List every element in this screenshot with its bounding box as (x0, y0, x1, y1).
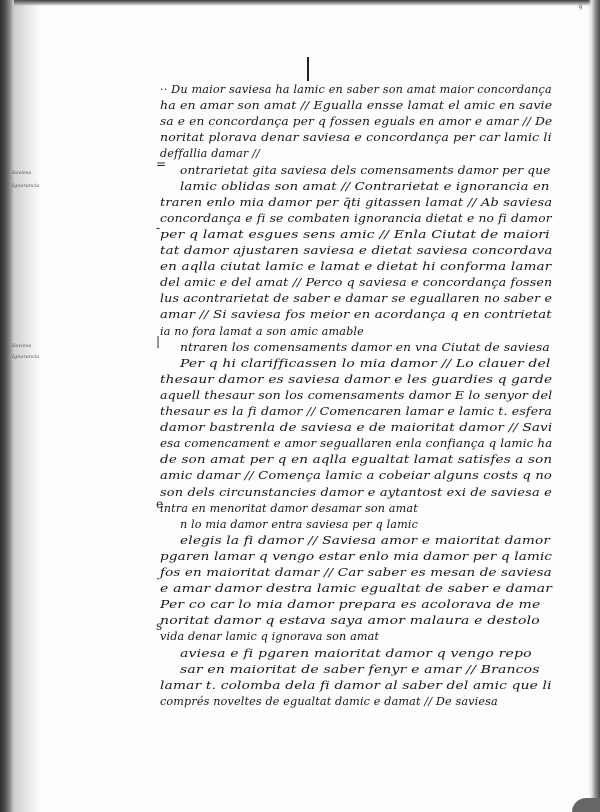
manuscript-line: intra en menoritat damor desamar son ama… (160, 502, 418, 515)
manuscript-line: amic damar // Comença lamic a cobeiar al… (160, 469, 552, 482)
margin-annotation: Ignorancia (12, 354, 39, 360)
manuscript-line: deffallia damar // (160, 147, 260, 160)
manuscript-line: de son amat per q en aqlla egualtat lama… (160, 453, 552, 466)
folio-mark: ꝯ (578, 2, 582, 10)
manuscript-line: elegis la fi damor // Saviesa amor e mai… (180, 534, 550, 547)
manuscript-line: thesaur es la fi damor // Comencaren lam… (160, 405, 552, 418)
page-corner (572, 798, 600, 812)
manuscript-line: ia no fora lamat a son amic amable (160, 325, 364, 338)
page-top-edge (0, 0, 600, 6)
manuscript-line: noritat damor q estava saya amor malaura… (160, 614, 540, 627)
manuscript-line: en aqlla ciutat lamic e lamat e dietat h… (160, 260, 551, 273)
manuscript-line: comprés noveltes de egualtat damic e dam… (160, 695, 498, 708)
margin-annotation: Saviesa (12, 343, 31, 349)
manuscript-line: damor bastrenla de saviesa e de maiorita… (160, 421, 552, 434)
manuscript-line: fos en maioritat damar // Car saber es m… (160, 566, 552, 579)
page-right-edge (588, 0, 600, 812)
manuscript-line: pgaren lamar q vengo estar enlo mia damo… (160, 550, 552, 563)
manuscript-line: aviesa e fi pgaren maioritat damor q ven… (180, 647, 532, 660)
manuscript-line: Per q hi clarifficassen lo mia damor // … (180, 357, 551, 370)
manuscript-line: ntraren los comensaments damor en vna Ci… (180, 341, 550, 354)
ruling-mark (307, 57, 309, 81)
manuscript-line: thesaur damor es saviesa damor e les gua… (160, 373, 552, 386)
manuscript-line: sar en maioritat de saber fenyr e amar /… (180, 663, 540, 676)
margin-annotation: Saviesa (12, 170, 31, 176)
manuscript-line: concordança e fi se combaten ignorancia … (160, 212, 552, 225)
manuscript-line: tat damor ajustaren saviesa e dietat sav… (160, 244, 553, 257)
manuscript-line: lamar t. colomba dela fi damor al saber … (160, 679, 552, 692)
manuscript-line: son dels circunstancies damor e aytantos… (160, 486, 552, 499)
manuscript-line: ha en amar son amat // Egualla ensse lam… (160, 99, 552, 112)
manuscript-line: amar // Si saviesa fos meior en acordanç… (160, 308, 552, 321)
manuscript-line: e amar damor destra lamic egualtat de sa… (160, 582, 552, 595)
manuscript-line: traren enlo mia damor per q̄ti gitassen … (160, 196, 552, 209)
manuscript-line: per q lamat esgues sens amic // Enla Ciu… (160, 228, 550, 241)
manuscript-line: aquell thesaur son los comensaments damo… (160, 389, 552, 402)
manuscript-line: lamic oblidas son amat // Contrarietat e… (180, 180, 550, 193)
manuscript-line: noritat plorava denar saviesa e concorda… (160, 131, 552, 144)
book-binding-gutter (0, 0, 14, 812)
manuscript-line: sa e en concordança per q fossen eguals … (160, 115, 552, 128)
manuscript-line: Per co car lo mia damor prepara es acolo… (160, 598, 540, 611)
manuscript-line: ·· Du maior saviesa ha lamic en saber so… (160, 83, 552, 96)
manuscript-line: ontrarietat gita saviesa dels comensamen… (180, 164, 551, 177)
manuscript-line: vida denar lamic q ignorava son amat (160, 630, 379, 643)
binding-shadow (14, 0, 40, 812)
manuscript-page: ꝯ SaviesaIgnoranciaSaviesaIgnorancia =-|… (0, 0, 600, 812)
manuscript-line: del amic e del amat // Perco q saviesa e… (160, 276, 552, 289)
manuscript-line: esa comencament e amor seguallaren enla … (160, 437, 552, 450)
margin-annotation: Ignorancia (12, 183, 39, 189)
manuscript-line: n lo mia damor entra saviesa per q lamic (180, 518, 418, 531)
manuscript-line: lus acontrarietat de saber e damar se eg… (160, 292, 552, 305)
